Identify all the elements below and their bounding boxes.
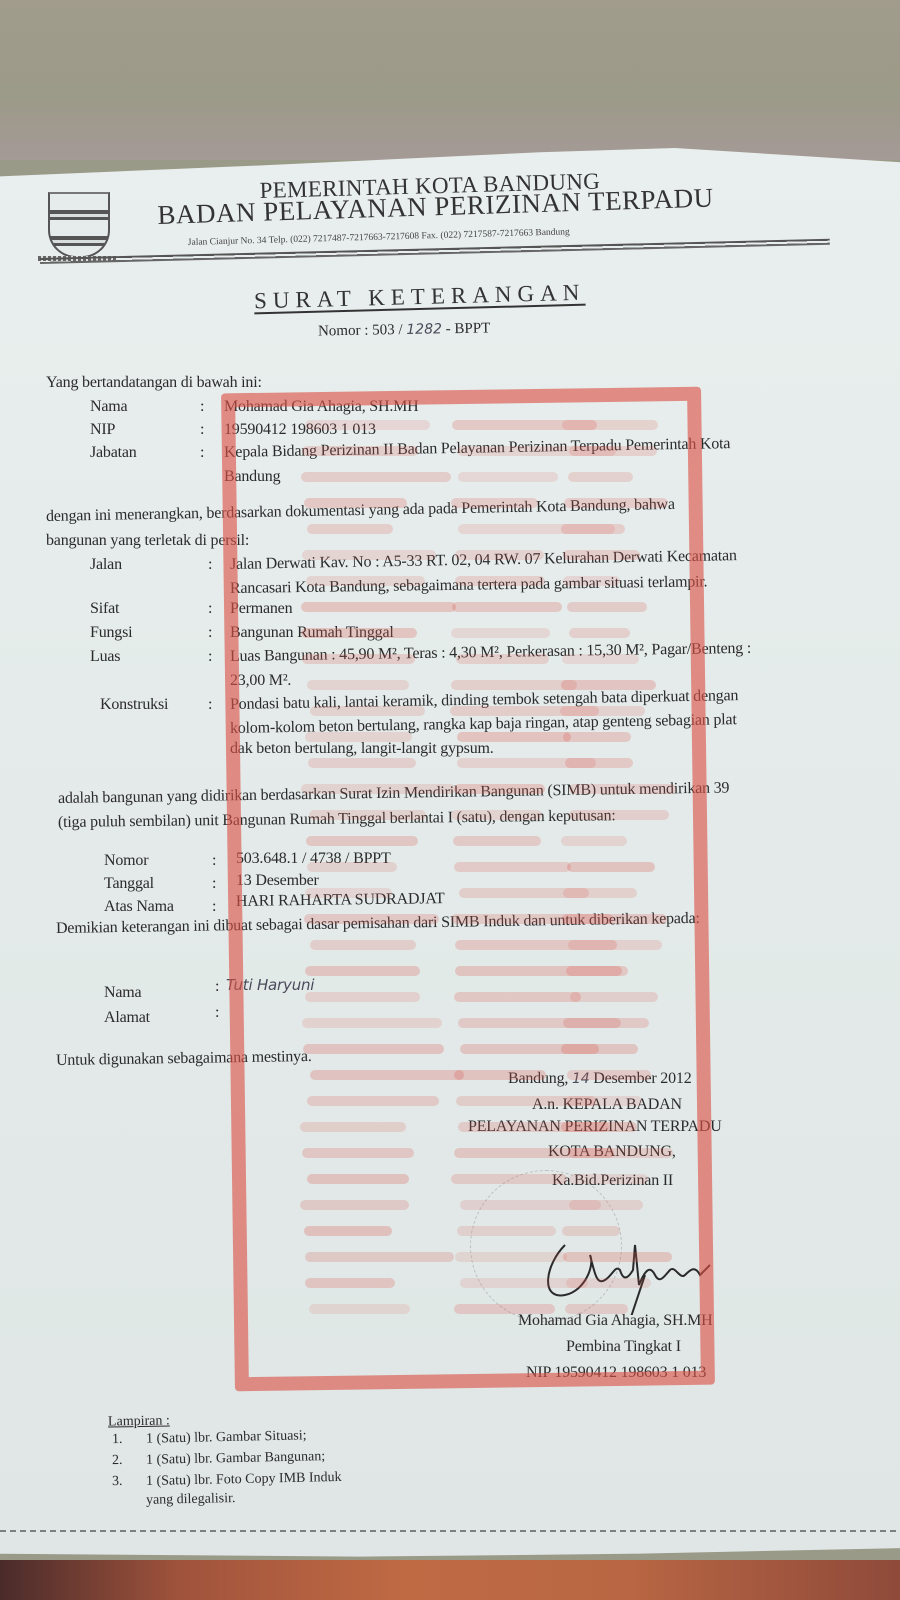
statement-line2: bangunan yang terletak di persil: [46, 532, 249, 550]
nomor-prefix: : 503 / [364, 322, 403, 339]
signer-jabatan-line2: Bandung [224, 468, 280, 486]
konstruksi-label: Konstruksi [100, 696, 168, 714]
sig-line3: KOTA BANDUNG, [548, 1143, 676, 1161]
simb-atas-nama: HARI RAHARTA SUDRADJAT [236, 890, 445, 911]
signer-nip: 19590412 198603 1 013 [224, 421, 376, 439]
lampiran-item-number: 2. [112, 1453, 123, 1469]
jalan-label: Jalan [90, 556, 122, 574]
simb-line2: (tiga puluh sembilan) unit Bangunan Ruma… [58, 807, 616, 832]
signer-nip-label: NIP [90, 421, 115, 439]
colon: : [200, 421, 204, 439]
document-title: SURAT KETERANGAN [254, 280, 586, 315]
lampiran-item-number: 1. [112, 1432, 123, 1448]
luas-label: Luas [90, 648, 120, 666]
colon: : [208, 556, 212, 574]
simb-line1: adalah bangunan yang didirikan berdasark… [58, 779, 730, 808]
nomor-label: Nomor [318, 323, 361, 340]
colon: : [208, 648, 212, 666]
lampiran-item: 1 (Satu) lbr. Foto Copy IMB Induk [146, 1470, 342, 1490]
colon: : [212, 898, 216, 916]
jalan-line2: Rancasari Kota Bandung, sebagaimana tert… [230, 573, 708, 598]
signer-name: Mohamad Gia Ahagia, SH.MH [224, 398, 419, 416]
letterhead-address: Jalan Cianjur No. 34 Telp. (022) 7217487… [188, 227, 570, 248]
jalan-line1: Jalan Derwati Kav. No : A5-33 RT. 02, 04… [230, 547, 737, 574]
place-date-prefix: Bandung, [508, 1070, 568, 1087]
recipient-name-handwritten: Tuti Haryuni [226, 976, 314, 994]
signer-rank: Pembina Tingkat I [566, 1338, 681, 1356]
date-handwritten: 14 [572, 1071, 589, 1087]
statement-line1: dengan ini menerangkan, berdasarkan doku… [46, 496, 675, 526]
lampiran-item-number: 3. [112, 1474, 123, 1490]
luas-line2: 23,00 M². [230, 672, 291, 690]
date-suffix: Desember 2012 [593, 1070, 691, 1087]
colon: : [215, 1004, 219, 1022]
colon: : [208, 696, 212, 714]
simb-tanggal: 13 Desember [236, 872, 319, 890]
signer-name-bottom: Mohamad Gia Ahagia, SH.MH [518, 1312, 713, 1330]
nomor-handwritten: 1282 [406, 321, 442, 338]
signer-name-label: Nama [90, 398, 127, 416]
konstruksi-line2: kolom-kolom beton bertulang, rangka kap … [230, 711, 737, 738]
simb-tanggal-label: Tanggal [104, 875, 154, 893]
document-content: PEMERINTAH KOTA BANDUNG BADAN PELAYANAN … [0, 0, 900, 1600]
colon: : [212, 852, 216, 870]
colon: : [208, 624, 212, 642]
signer-nip-bottom: NIP 19590412 198603 1 013 [526, 1364, 706, 1382]
intro-text: Yang bertandatangan di bawah ini: [46, 374, 262, 392]
bandung-city-emblem-icon [48, 192, 110, 258]
sifat-label: Sifat [90, 600, 119, 618]
document-number: Nomor : 503 / 1282 - BPPT [318, 320, 491, 340]
luas-line1: Luas Bangunan : 45,90 M², Teras : 4,30 M… [230, 640, 751, 666]
nomor-suffix: - BPPT [446, 320, 491, 337]
lampiran-item: 1 (Satu) lbr. Gambar Bangunan; [146, 1449, 326, 1469]
sifat-value: Permanen [230, 600, 292, 618]
recipient-name-label: Nama [104, 984, 141, 1002]
letterhead-divider [40, 239, 830, 264]
sig-line4: Ka.Bid.Perizinan II [552, 1172, 673, 1190]
simb-atas-nama-label: Atas Nama [104, 898, 174, 916]
konstruksi-line3: dak beton bertulang, langit-langit gypsu… [230, 740, 494, 758]
simb-nomor: 503.648.1 / 4738 / BPPT [236, 850, 391, 868]
signer-jabatan-label: Jabatan [90, 444, 137, 462]
closing-text: Untuk digunakan sebagaimana mestinya. [56, 1048, 312, 1070]
colon: : [215, 978, 219, 996]
colon: : [208, 600, 212, 618]
colon: : [200, 398, 204, 416]
colon: : [212, 875, 216, 893]
signature-icon [535, 1225, 735, 1315]
recipient-address-label: Alamat [104, 1009, 150, 1027]
lampiran-item: 1 (Satu) lbr. Gambar Situasi; [146, 1428, 307, 1447]
perforation-line [0, 1530, 900, 1532]
fungsi-label: Fungsi [90, 624, 132, 642]
simb-nomor-label: Nomor [104, 852, 148, 870]
colon: : [200, 444, 204, 462]
konstruksi-line1: Pondasi batu kali, lantai keramik, dindi… [230, 687, 739, 714]
fungsi-value: Bangunan Rumah Tinggal [230, 624, 394, 642]
lampiran-label: Lampiran : [108, 1413, 170, 1430]
sig-line1: A.n. KEPALA BADAN [532, 1096, 682, 1114]
official-seal [470, 1170, 622, 1322]
sig-line2: PELAYANAN PERIZINAN TERPADU [468, 1118, 722, 1136]
lampiran-item: yang dilegalisir. [146, 1491, 236, 1509]
place-date: Bandung, 14 Desember 2012 [508, 1070, 692, 1088]
signer-jabatan-line1: Kepala Bidang Perizinan II Badan Pelayan… [224, 435, 731, 462]
